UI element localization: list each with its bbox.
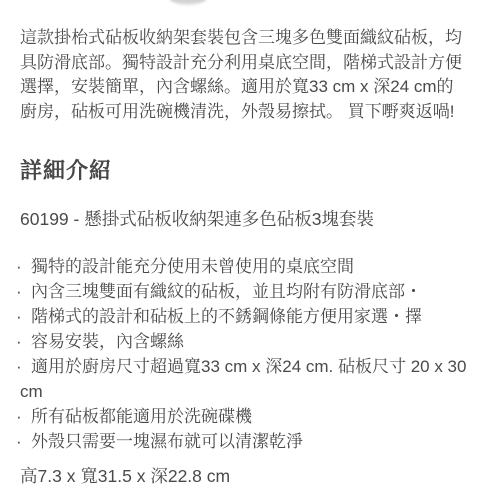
intro-paragraph: 這款掛枱式砧板收納架套裝包含三塊多色雙面織紋砧板，均具防滑底部。獨特設計充分利用… <box>20 26 467 124</box>
feature-text: 內含三塊雙面有織紋的砧板，並且均附有防滑底部・ <box>31 282 422 301</box>
feature-text: 適用於廚房尺寸超過寬33 cm x 深24 cm. 砧板尺寸 20 x 30 c… <box>20 357 466 401</box>
feature-item: ·適用於廚房尺寸超過寬33 cm x 深24 cm. 砧板尺寸 20 x 30 … <box>20 354 467 404</box>
bullet-icon: · <box>16 304 31 329</box>
bullet-icon: · <box>16 329 31 354</box>
description-content: 這款掛枱式砧板收納架套裝包含三塊多色雙面織紋砧板，均具防滑底部。獨特設計充分利用… <box>0 0 500 488</box>
bullet-icon: · <box>16 429 31 454</box>
feature-item: ·容易安裝，內含螺絲 <box>20 329 467 354</box>
feature-item: ·所有砧板都能適用於洗碗碟機 <box>20 404 467 429</box>
feature-item: ·獨特的設計能充分使用未曾使用的桌底空間 <box>20 254 467 279</box>
feature-item: ·內含三塊雙面有織紋的砧板，並且均附有防滑底部・ <box>20 279 467 304</box>
product-description-page: 這款掛枱式砧板收納架套裝包含三塊多色雙面織紋砧板，均具防滑底部。獨特設計充分利用… <box>0 0 500 500</box>
feature-text: 容易安裝，內含螺絲 <box>31 332 184 351</box>
feature-item: ·階梯式的設計和砧板上的不銹鋼條能方便用家選・擇 <box>20 304 467 329</box>
feature-list: ·獨特的設計能充分使用未曾使用的桌底空間 ·內含三塊雙面有織紋的砧板，並且均附有… <box>20 254 467 454</box>
feature-text: 獨特的設計能充分使用未曾使用的桌底空間 <box>31 257 354 276</box>
feature-text: 階梯式的設計和砧板上的不銹鋼條能方便用家選・擇 <box>31 307 422 326</box>
feature-text: 外殼只需要一塊濕布就可以清潔乾淨 <box>31 432 303 451</box>
bullet-icon: · <box>16 254 31 279</box>
bullet-icon: · <box>16 279 31 304</box>
bullet-icon: · <box>16 354 31 379</box>
feature-text: 所有砧板都能適用於洗碗碟機 <box>31 407 252 426</box>
product-dimensions: 高7.3 x 寬31.5 x 深22.8 cm <box>20 464 480 488</box>
product-title-line: 60199 - 懸掛式砧板收納架連多色砧板3塊套裝 <box>20 207 467 231</box>
feature-item: ·外殼只需要一塊濕布就可以清潔乾淨 <box>20 429 467 454</box>
details-heading: 詳細介紹 <box>20 157 480 185</box>
bullet-icon: · <box>16 404 31 429</box>
